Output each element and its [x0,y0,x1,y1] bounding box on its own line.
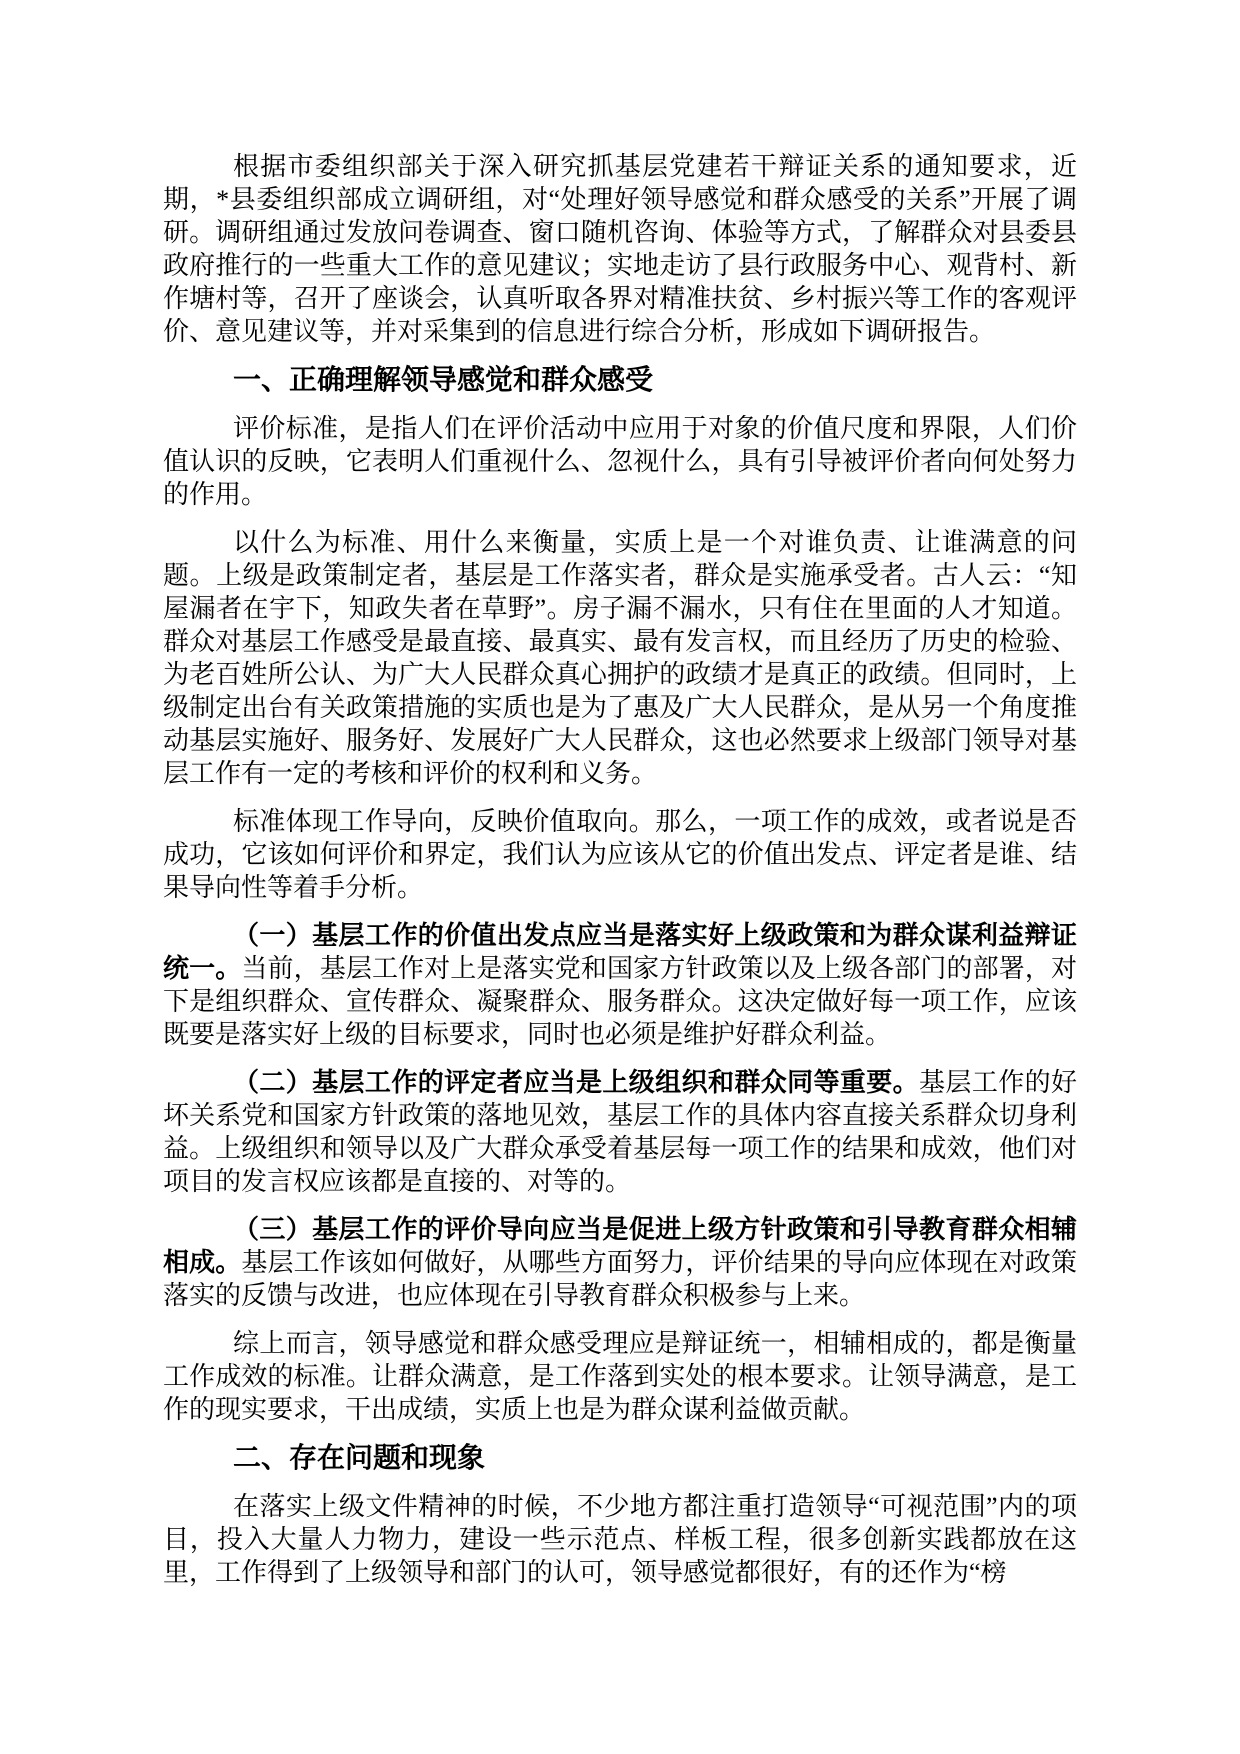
body-paragraph: 评价标准，是指人们在评价活动中应用于对象的价值尺度和界限，人们价值认识的反映，它… [163,412,1077,511]
body-paragraph: 以什么为标准、用什么来衡量，实质上是一个对谁负责、让谁满意的问题。上级是政策制定… [163,526,1077,790]
paragraph-lead-bold: （三）基层工作的评价导向应当是促进上级方针政策和引导教育群众相辅相成。 [163,1214,1077,1277]
section-heading: 二、存在问题和现象 [163,1441,1077,1474]
body-paragraph: 综上而言，领导感觉和群众感受理应是辩证统一，相辅相成的，都是衡量工作成效的标准。… [163,1327,1077,1426]
body-paragraph: （三）基层工作的评价导向应当是促进上级方针政策和引导教育群众相辅相成。基层工作该… [163,1213,1077,1312]
document-page: 根据市委组织部关于深入研究抓基层党建若干辩证关系的通知要求，近期，*县委组织部成… [0,0,1240,1754]
body-paragraph: （二）基层工作的评定者应当是上级组织和群众同等重要。基层工作的好坏关系党和国家方… [163,1066,1077,1198]
section-heading: 一、正确理解领导感觉和群众感受 [163,363,1077,396]
paragraph-lead-bold: （一）基层工作的价值出发点应当是落实好上级政策和为群众谋利益辩证统一。 [163,920,1077,983]
body-paragraph: 在落实上级文件精神的时候，不少地方都注重打造领导“可视范围”内的项目，投入大量人… [163,1490,1077,1589]
paragraph-lead-bold: （二）基层工作的评定者应当是上级组织和群众同等重要。 [233,1067,919,1097]
document-content: 根据市委组织部关于深入研究抓基层党建若干辩证关系的通知要求，近期，*县委组织部成… [163,150,1077,1604]
body-paragraph: 根据市委组织部关于深入研究抓基层党建若干辩证关系的通知要求，近期，*县委组织部成… [163,150,1077,348]
body-paragraph: （一）基层工作的价值出发点应当是落实好上级政策和为群众谋利益辩证统一。当前，基层… [163,919,1077,1051]
body-paragraph: 标准体现工作导向，反映价值取向。那么，一项工作的成效，或者说是否成功，它该如何评… [163,805,1077,904]
